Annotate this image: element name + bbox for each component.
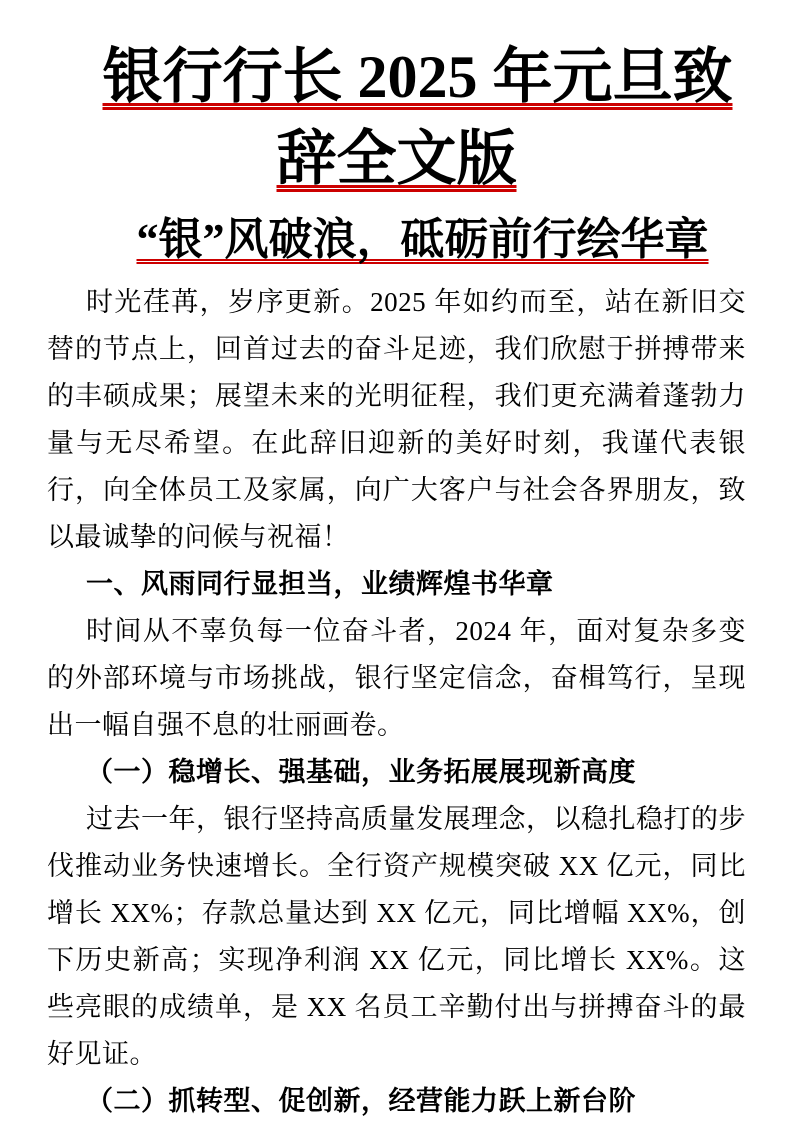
subsection-heading-2: （二）抓转型、促创新，经营能力跃上新台阶 <box>47 1078 746 1122</box>
document-title: 银行行长 2025 年元旦致辞全文版 <box>47 36 746 200</box>
document-page: 银行行长 2025 年元旦致辞全文版 “银”风破浪，砥砺前行绘华章 时光荏苒，岁… <box>0 0 793 1122</box>
document-subtitle: “银”风破浪，砥砺前行绘华章 <box>47 200 746 279</box>
body-paragraph-2: 时间从不辜负每一位奋斗者，2024 年，面对复杂多变的外部环境与市场挑战，银行坚… <box>47 608 746 749</box>
section-heading-1: 一、风雨同行显担当，业绩辉煌书华章 <box>47 561 746 608</box>
body-paragraph-3: 过去一年，银行坚持高质量发展理念，以稳扎稳打的步伐推动业务快速增长。全行资产规模… <box>47 796 746 1078</box>
intro-paragraph: 时光荏苒，岁序更新。2025 年如约而至，站在新旧交替的节点上，回首过去的奋斗足… <box>47 279 746 561</box>
subsection-heading-1: （一）稳增长、强基础，业务拓展展现新高度 <box>47 749 746 796</box>
